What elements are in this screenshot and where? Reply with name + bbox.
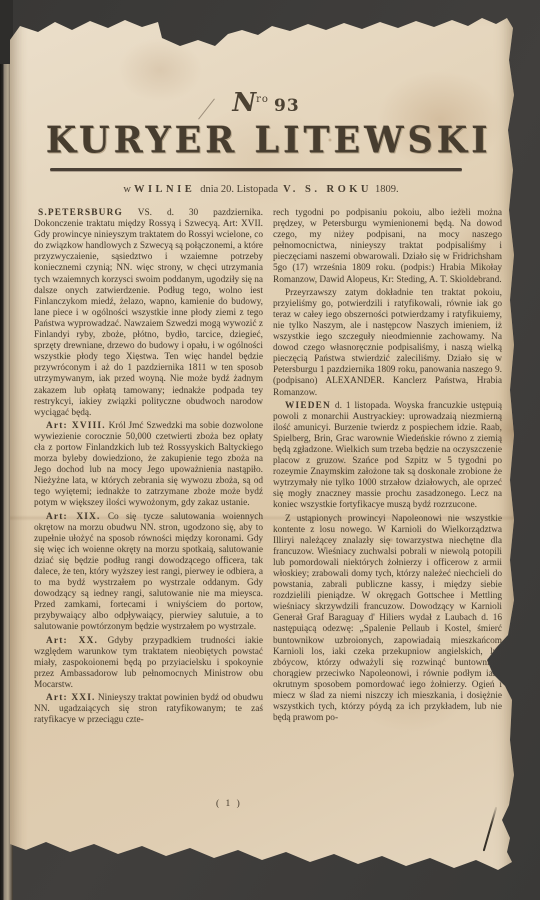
newspaper-page: Nro 93 KURYER LITEWSKI wWILNIEdnia 20. L… — [10, 0, 516, 900]
newspaper-title: KURYER LITEWSKI — [46, 119, 476, 162]
article-paragraph: Art: XX. Gdyby przypadkiem trudności iak… — [34, 636, 263, 691]
paragraph-lead: Art: XVIII. — [46, 421, 106, 431]
page-number: ( 1 ) — [216, 799, 242, 809]
paragraph-lead: Art: XIX. — [46, 512, 101, 522]
dateline-year: 1809. — [375, 184, 399, 195]
paragraph-text: Król Jmć Szwedzki ma sobie dozwolone wyw… — [34, 421, 263, 509]
dateline-city: WILNIE — [134, 184, 195, 195]
paragraph-text: d. 1 listopada. Woyska francuzkie ustępu… — [273, 401, 502, 511]
paragraph-text: Przeyrzawszy zatym dokładnie ten traktat… — [273, 288, 502, 398]
dateline-prefix: w — [123, 184, 131, 195]
article-columns: S.PETERSBURG VS. d. 30 pazdziernika. Dok… — [34, 208, 502, 728]
issue-superscript: ro — [256, 94, 269, 105]
dateline-roku: ROKU — [327, 184, 373, 195]
article-paragraph: Z ustąpionych prowincyi Napoleonowi nie … — [273, 514, 502, 725]
article-paragraph: Art: XIX. Co się tycze salutowania woien… — [34, 512, 263, 634]
dateline-calendar: V. S. — [283, 184, 320, 195]
paragraph-lead: Art: XXI. — [46, 693, 96, 703]
issue-prefix: N — [232, 88, 256, 118]
article-paragraph: Art: XXI. Ninieyszy traktat powinien byd… — [34, 693, 263, 726]
paragraph-lead: WIEDEN — [285, 401, 331, 411]
paragraph-text: Z ustąpionych prowincyi Napoleonowi nie … — [273, 514, 502, 724]
paragraph-text: Co się tycze salutowania woiennych okręt… — [34, 512, 263, 633]
issue-number-line: Nro 93 — [56, 88, 476, 118]
right-column: rech tygodni po podpisaniu pokoiu, albo … — [273, 208, 502, 728]
issue-number: 93 — [274, 96, 300, 116]
dateline: wWILNIEdnia 20. ListopadaV. S.ROKU1809. — [46, 184, 476, 195]
dateline-middle: dnia 20. Listopada — [200, 184, 278, 195]
masthead-rule — [50, 168, 462, 171]
paragraph-lead: S.PETERSBURG — [38, 208, 123, 218]
article-paragraph: Art: XVIII. Król Jmć Szwedzki ma sobie d… — [34, 421, 263, 510]
article-paragraph: Przeyrzawszy zatym dokładnie ten traktat… — [273, 288, 502, 399]
paragraph-lead: Art: XX. — [46, 636, 98, 646]
paragraph-text: rech tygodni po podpisaniu pokoiu, albo … — [273, 208, 502, 285]
paragraph-text: VS. d. 30 pazdziernika. Dokonczenie trak… — [34, 208, 263, 418]
article-paragraph: rech tygodni po podpisaniu pokoiu, albo … — [273, 208, 502, 286]
article-paragraph: S.PETERSBURG VS. d. 30 pazdziernika. Dok… — [34, 208, 263, 419]
left-column: S.PETERSBURG VS. d. 30 pazdziernika. Dok… — [34, 208, 263, 728]
article-paragraph: WIEDEN d. 1 listopada. Woyska francuzkie… — [273, 401, 502, 512]
